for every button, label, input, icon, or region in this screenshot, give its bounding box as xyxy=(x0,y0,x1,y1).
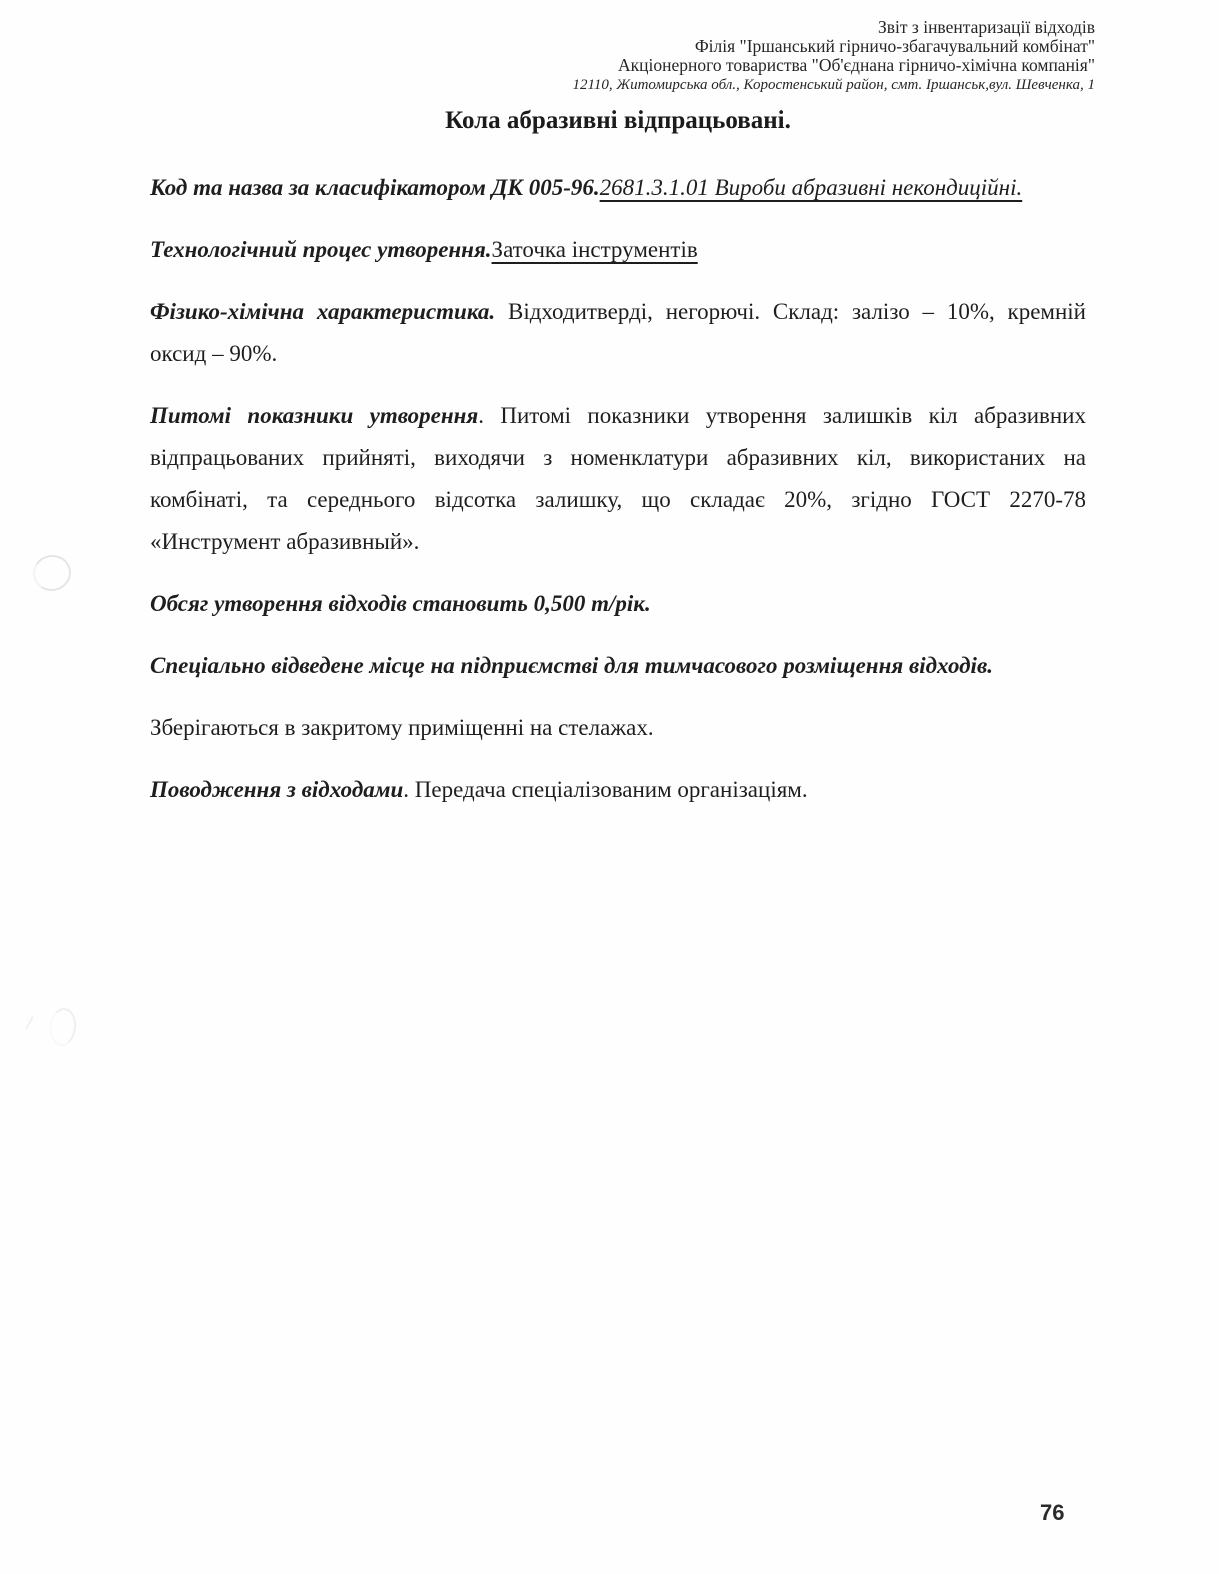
document-body: Код та назва за класифікатором ДК 005-96… xyxy=(150,167,1086,831)
paragraph-volume: Обсяг утворення відходів становить 0,500… xyxy=(150,583,1086,625)
paragraph-waste-code: Код та назва за класифікатором ДК 005-96… xyxy=(150,167,1086,209)
physchem-label: Фізико-хімічна характеристика. xyxy=(150,299,495,324)
header-company-name: Акціонерного товариства "Об'єднана гірни… xyxy=(572,56,1095,75)
page-title: Кола абразивні відпрацьовані. xyxy=(150,107,1086,135)
waste-code-value: 2681.3.1.01 Вироби абразивні некондиційн… xyxy=(600,175,1023,200)
scan-artifact-speck xyxy=(25,1016,42,1034)
waste-code-label: Код та назва за класифікатором ДК 005-96… xyxy=(150,175,600,200)
header-address: 12110, Житомирська обл., Коростенський р… xyxy=(572,76,1095,95)
process-label: Технологічний процес утворення. xyxy=(150,237,492,262)
header-report-title: Звіт з інвентаризації відходів xyxy=(572,18,1095,37)
specific-indicators-label: Питомі показники утворення xyxy=(150,403,478,428)
handling-label: Поводження з відходами xyxy=(150,777,403,802)
paragraph-specific-indicators: Питомі показники утворення. Питомі показ… xyxy=(150,395,1086,563)
document-letterhead: Звіт з інвентаризації відходів Філія "Ір… xyxy=(572,18,1095,95)
paragraph-storage-detail: Зберігаються в закритому приміщенні на с… xyxy=(150,707,1086,749)
paragraph-handling: Поводження з відходами. Передача спеціал… xyxy=(150,769,1086,811)
handling-value: . Передача спеціалізованим організаціям. xyxy=(403,777,807,802)
paragraph-process: Технологічний процес утворення.Заточка і… xyxy=(150,229,1086,271)
process-value: Заточка інструментів xyxy=(492,237,698,262)
scan-artifact-mark xyxy=(48,1007,78,1048)
header-branch-name: Філія "Іршанський гірничо-збагачувальний… xyxy=(572,37,1095,56)
page-number: 76 xyxy=(1040,1500,1064,1526)
paragraph-physchem: Фізико-хімічна характеристика. Відходитв… xyxy=(150,291,1086,375)
paragraph-storage-place: Спеціально відведене місце на підприємст… xyxy=(150,645,1086,687)
document-page: Звіт з інвентаризації відходів Філія "Ір… xyxy=(0,0,1219,1574)
scan-artifact-circle xyxy=(30,551,75,594)
